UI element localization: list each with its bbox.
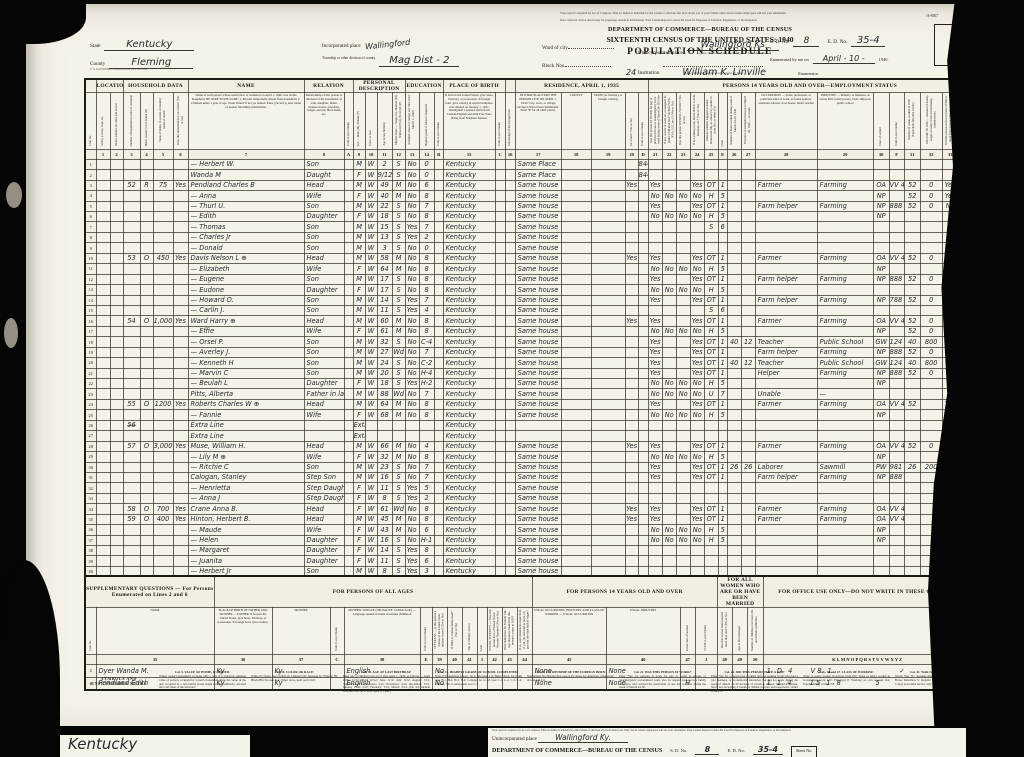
cell-grade: 8 (419, 452, 434, 462)
cell-race: W (365, 525, 377, 535)
cell-school: Yes (405, 305, 419, 315)
cell-farm (173, 525, 188, 535)
cell-res_county (561, 159, 591, 169)
cell-name: — Eugene (188, 274, 304, 284)
cell-value (153, 358, 173, 368)
cell-occ: Farmer (755, 399, 817, 409)
cell-codeF: 888 88 (889, 274, 904, 284)
cell-dur (741, 222, 755, 232)
cell-res_county (561, 399, 591, 409)
cell-status: OT (704, 201, 718, 211)
cell-hours (727, 399, 741, 409)
cell-occ: Farmer (755, 514, 817, 524)
cell-codeC (495, 305, 505, 315)
cell-relation: Son (304, 295, 344, 305)
cell-codeF (889, 285, 904, 295)
cell-res_state (591, 316, 625, 326)
cell-res_place: Same house (515, 326, 561, 336)
column-number-age: 11 (377, 149, 392, 159)
cell-cit (505, 462, 515, 472)
cell-value: 1200 (153, 399, 173, 409)
cell-job: Yes (690, 253, 704, 263)
cell-cls: NP (873, 326, 889, 336)
cell-dur (741, 431, 755, 441)
cell-hours (727, 170, 741, 180)
cell-school: No (405, 347, 419, 357)
cell-own (140, 556, 153, 566)
cell-status: H (704, 264, 718, 274)
cell-job: No (690, 379, 704, 389)
column-description-farm: Does this household live on a farm? (Yes… (173, 93, 188, 150)
cell-res_state (591, 420, 625, 430)
cell-work: Yes (648, 368, 662, 378)
cell-occ (755, 452, 817, 462)
column-description-mother: MOTHER (272, 608, 330, 655)
cell-hh (123, 232, 140, 242)
cell-wages: 0 (920, 347, 942, 357)
cell-age: 64 (377, 264, 392, 274)
column-number-cls: 30 (873, 149, 889, 159)
column-number-relation: 8 (304, 149, 344, 159)
cell-res_place: Same house (515, 389, 561, 399)
census-row: 27Extra LineExtra LineKentucky27 (85, 431, 983, 441)
column-number-weeks: 31 (904, 149, 920, 159)
cell-status: OT (704, 399, 718, 409)
cell-hh (123, 462, 140, 472)
cell-relation: Son (304, 347, 344, 357)
cell-codeA (344, 525, 353, 535)
cell-res_farm: Yes (625, 180, 638, 190)
cell-cit (505, 556, 515, 566)
cell-grade: 6 (419, 525, 434, 535)
cell-sex: M (353, 368, 365, 378)
cell-value (153, 191, 173, 201)
cell-hours (727, 420, 741, 430)
cell-school: Yes (405, 483, 419, 493)
cell-relation: Daughter (304, 285, 344, 295)
cell-codeF (889, 170, 904, 180)
block-label: Block Nos. (542, 63, 565, 69)
cell-grade: 2 (419, 493, 434, 503)
cell-res_place: Same house (515, 358, 561, 368)
cell-dur (741, 546, 755, 556)
cell-codeD (638, 243, 648, 253)
cell-street (96, 347, 110, 357)
cell-age: 64 (377, 399, 392, 409)
cell-relation: Wife (304, 326, 344, 336)
cell-res_farm (625, 368, 638, 378)
cell-occ: Farm helper (755, 472, 817, 482)
cell-codeD (638, 389, 648, 399)
cell-farm (173, 493, 188, 503)
census-row: 2857O3,000YesMuse, William H.HeadMW66MNo… (85, 441, 983, 451)
census-row: 2Wanda MDaughtFW9/12SNo0KentuckySame Pla… (85, 170, 983, 180)
cell-ind: Farming (817, 514, 873, 524)
cell-wages (920, 264, 942, 274)
cell-hh (123, 525, 140, 535)
cell-race: W (365, 556, 377, 566)
cell-race: W (365, 201, 377, 211)
cell-marital: S (392, 462, 405, 472)
cell-codeA (344, 285, 353, 295)
cell-res_county (561, 420, 591, 430)
cell-pob: Kentucky (443, 525, 495, 535)
cell-seek (676, 546, 690, 556)
footnote-item: Col. 11. AGE AT LAST BIRTHDAY:Enter age … (343, 670, 430, 694)
cell-codeA (344, 264, 353, 274)
column-description-codeF: Code (Leave blank) (889, 93, 904, 150)
cell-age: 17 (377, 274, 392, 284)
cell-codeF: 124 11 (889, 337, 904, 347)
column-number-vet41: 41 (462, 654, 477, 664)
cell-race: W (365, 368, 377, 378)
cell-pob: Kentucky (443, 452, 495, 462)
cell-hh (123, 347, 140, 357)
cell-ind (817, 326, 873, 336)
cell-codeD (638, 504, 648, 514)
cell-sex: M (353, 180, 365, 190)
cell-sex: M (353, 337, 365, 347)
cell-res_place: Same house (515, 201, 561, 211)
cell-farm (173, 556, 188, 566)
census-row: 17— EffieWifeFW61MNo8KentuckySame houseN… (85, 326, 983, 336)
cell-grade: 0 (419, 159, 434, 169)
cell-res_county (561, 452, 591, 462)
cell-cit (505, 337, 515, 347)
cell-cls: NP (873, 191, 889, 201)
cell-occ: Unable (755, 389, 817, 399)
cell-hh (123, 483, 140, 493)
cell-codeE: 1 (718, 295, 727, 305)
cell-codeD (638, 483, 648, 493)
cell-cls (873, 556, 889, 566)
cell-ind (817, 546, 873, 556)
cell-codeF: 888 88 (889, 347, 904, 357)
cell-grade: 4 (419, 305, 434, 315)
cell-res_state (591, 462, 625, 472)
cell-race: W (365, 264, 377, 274)
cell-ind (817, 191, 873, 201)
cell-street (96, 472, 110, 482)
cell-value (153, 525, 173, 535)
cell-house (110, 285, 123, 295)
census-row: 3458O700YesCrane Anna B.HeadFW61WdNo8Ken… (85, 504, 983, 514)
cell-value (153, 170, 173, 180)
cell-grade: 7 (419, 347, 434, 357)
cell-lineL: 18 (85, 337, 96, 347)
cell-codeC (495, 462, 505, 472)
cell-own (140, 493, 153, 503)
cell-school: No (405, 159, 419, 169)
cell-codeB (434, 389, 443, 399)
cell-relation: Son (304, 222, 344, 232)
cell-job (690, 493, 704, 503)
cell-res_place: Same house (515, 253, 561, 263)
census-row: 20— Kenneth HSonMW24SNoC-2KentuckySame h… (85, 358, 983, 368)
cell-res_state (591, 305, 625, 315)
cell-work (648, 159, 662, 169)
cell-status: H (704, 525, 718, 535)
cell-codeA (344, 389, 353, 399)
cell-house (110, 493, 123, 503)
cell-own (140, 285, 153, 295)
cell-res_place: Same house (515, 222, 561, 232)
cell-job: No (690, 285, 704, 295)
column-description-marital: Marital status — Single (S), Married (M)… (392, 93, 405, 150)
cell-occ (755, 420, 817, 430)
cell-hours (727, 504, 741, 514)
cell-codeC (495, 472, 505, 482)
cell-school: No (405, 535, 419, 545)
cell-sex: F (353, 212, 365, 222)
cell-farm (173, 379, 188, 389)
column-number-codeD: D (638, 149, 648, 159)
cell-codeE (718, 431, 727, 441)
cell-lineL: 29 (85, 452, 96, 462)
column-number-race: 10 (365, 149, 377, 159)
column-number-school: 13 (405, 149, 419, 159)
cell-hours (727, 493, 741, 503)
cell-codeA (344, 358, 353, 368)
column-description-codeB: Code (Leave blank) (434, 93, 443, 150)
cell-status: OT (704, 504, 718, 514)
cell-own (140, 222, 153, 232)
cell-age: 17 (377, 285, 392, 295)
cell-school: No (405, 274, 419, 284)
cell-occ: Farm helper (755, 347, 817, 357)
cell-cit (505, 368, 515, 378)
cell-lineL: 17 (85, 326, 96, 336)
cell-codeE: 1 (718, 201, 727, 211)
cell-res_county (561, 232, 591, 242)
cell-res_farm (625, 295, 638, 305)
cell-codeA (344, 410, 353, 420)
cell-codeE: 5 (718, 525, 727, 535)
cell-sex: M (353, 274, 365, 284)
cell-school: No (405, 441, 419, 451)
cell-street (96, 525, 110, 535)
cell-street (96, 337, 110, 347)
cell-emerg: No (662, 389, 676, 399)
cell-value (153, 420, 173, 430)
cell-hours (727, 274, 741, 284)
cell-codeA (344, 472, 353, 482)
cell-dur (741, 243, 755, 253)
cell-emerg (662, 337, 676, 347)
cell-name: — Anna (188, 191, 304, 201)
cell-cls (873, 305, 889, 315)
cell-res_state (591, 253, 625, 263)
cell-own (140, 535, 153, 545)
cell-res_county (561, 389, 591, 399)
cell-age: 45 (377, 514, 392, 524)
cell-lineL: 3 (85, 180, 96, 190)
cell-hours: 40 (727, 358, 741, 368)
cell-status: OT (704, 441, 718, 451)
cell-seek (676, 399, 690, 409)
cell-ind (817, 410, 873, 420)
cell-grade: 8 (419, 274, 434, 284)
cell-grade: 8 (419, 504, 434, 514)
cell-hours (727, 410, 741, 420)
cell-cit (505, 441, 515, 451)
cell-res_county (561, 472, 591, 482)
cell-hours (727, 201, 741, 211)
enumerator-prefix: 24 (626, 68, 636, 77)
cell-dur (741, 264, 755, 274)
cell-codeA (344, 337, 353, 347)
cell-codeA (344, 399, 353, 409)
cell-codeC (495, 535, 505, 545)
cell-codeE (718, 483, 727, 493)
cell-street (96, 535, 110, 545)
cell-codeB (434, 546, 443, 556)
cell-codeC (495, 274, 505, 284)
column-number-lineL (85, 149, 96, 159)
cell-ind (817, 525, 873, 535)
cell-seek (676, 493, 690, 503)
cell-relation: Head (304, 514, 344, 524)
cell-hh: 52 (123, 180, 140, 190)
cell-seek (676, 180, 690, 190)
cell-race: W (365, 514, 377, 524)
cell-school: No (405, 326, 419, 336)
cell-cls (873, 389, 889, 399)
cell-occ (755, 525, 817, 535)
census-row: 33— Anna JStep DaughterFW8SYes2KentuckyS… (85, 493, 983, 503)
cell-lineL: 2 (85, 170, 96, 180)
cell-wages (920, 399, 942, 409)
cell-occ: Teacher (755, 337, 817, 347)
cell-res_state (591, 535, 625, 545)
cell-codeD (638, 358, 648, 368)
cell-occ: Farmer (755, 253, 817, 263)
cell-work: Yes (648, 316, 662, 326)
cell-weeks: 52 (904, 191, 920, 201)
cell-marital: M (392, 514, 405, 524)
cell-codeF: 888 88 (889, 472, 904, 482)
cell-house (110, 232, 123, 242)
cell-work: No (648, 535, 662, 545)
cell-lineL: 36 (85, 525, 96, 535)
cell-codeF: 124 11 (889, 358, 904, 368)
cell-age: 18 (377, 212, 392, 222)
cell-codeF (889, 420, 904, 430)
cell-sex: M (353, 243, 365, 253)
cell-codeF (889, 525, 904, 535)
cell-pob: Kentucky (443, 399, 495, 409)
cell-codeC (495, 212, 505, 222)
cell-res_place: Same house (515, 410, 561, 420)
cell-res_place: Same house (515, 399, 561, 409)
cell-status: OT (704, 180, 718, 190)
cell-codeD (638, 201, 648, 211)
cell-status: H (704, 379, 718, 389)
cell-relation: Head (304, 504, 344, 514)
next-sheet-state-script: Kentucky (68, 735, 137, 753)
cell-cls: OA (873, 253, 889, 263)
cell-own: O (140, 441, 153, 451)
cell-codeE: 1 (718, 274, 727, 284)
cell-school (405, 431, 419, 441)
cell-farm (173, 295, 188, 305)
cell-relation: Head (304, 441, 344, 451)
cell-marital: Wd (392, 504, 405, 514)
cell-age: 60 (377, 316, 392, 326)
cell-school: No (405, 253, 419, 263)
cell-work: Yes (648, 399, 662, 409)
cell-grade: 6 (419, 180, 434, 190)
cell-farm (173, 462, 188, 472)
cell-sex: F (353, 483, 365, 493)
cell-codeE: 1 (718, 399, 727, 409)
cell-res_farm (625, 525, 638, 535)
cell-work (648, 556, 662, 566)
cell-res_farm (625, 399, 638, 409)
column-description-own: Home owned (O) or rented (R) (140, 93, 153, 150)
cell-res_place: Same house (515, 535, 561, 545)
cell-dur (741, 305, 755, 315)
cell-work: Yes (648, 504, 662, 514)
next-sheet-sd-value: 8 (695, 745, 719, 755)
column-number-grade: 14 (419, 149, 434, 159)
cell-job (690, 243, 704, 253)
cell-codeA (344, 159, 353, 169)
cell-cls: OA (873, 504, 889, 514)
next-sheet-ed-value: 35-4 (753, 745, 783, 755)
cell-marital: M (392, 525, 405, 535)
cell-relation: Son (304, 159, 344, 169)
cell-emerg (662, 504, 676, 514)
cell-codeC (495, 358, 505, 368)
cell-work: Yes (648, 441, 662, 451)
cell-pob: Kentucky (443, 191, 495, 201)
cell-occ: Farm helper (755, 274, 817, 284)
cell-pob: Kentucky (443, 514, 495, 524)
cell-race: W (365, 316, 377, 326)
column-number-mother: 37 (272, 654, 330, 664)
cell-res_state (591, 431, 625, 441)
column-number-codeC: C (330, 654, 344, 664)
cell-farm (173, 243, 188, 253)
ward-label: Ward of city (542, 45, 568, 51)
cell-relation: Step Daughter (304, 493, 344, 503)
census-row: 9— DonaldSonMW3SNo0KentuckySame house9 (85, 243, 983, 253)
cell-codeF: 888 88 (889, 368, 904, 378)
column-number-ss42: 42 (487, 654, 502, 664)
cell-own: O (140, 316, 153, 326)
cell-value (153, 243, 173, 253)
cell-res_farm (625, 170, 638, 180)
cell-codeF (889, 379, 904, 389)
cell-status: OT (704, 514, 718, 524)
cell-hours (727, 556, 741, 566)
cell-street (96, 493, 110, 503)
cell-codeE: 5 (718, 326, 727, 336)
cell-name: — Maude (188, 525, 304, 535)
cell-emerg (662, 295, 676, 305)
column-number-codeF: F (889, 149, 904, 159)
cell-codeE: 6 (718, 222, 727, 232)
next-sheet-unincorporated-label: Unincorporated place (492, 736, 537, 742)
cell-job: Yes (690, 201, 704, 211)
cell-race: W (365, 472, 377, 482)
cell-res_farm: Yes (625, 504, 638, 514)
cell-age: 16 (377, 535, 392, 545)
cell-cit (505, 253, 515, 263)
cell-street (96, 232, 110, 242)
cell-codeF (889, 212, 904, 222)
